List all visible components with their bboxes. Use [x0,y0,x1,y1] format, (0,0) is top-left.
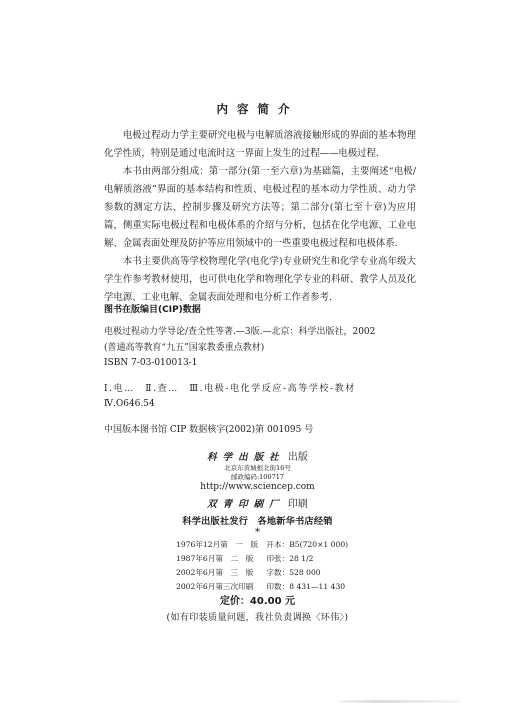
printer-name: 双青印刷厂 [207,499,285,510]
print-label: 印刷 [288,499,308,510]
printer-line: 双青印刷厂 印刷 [0,495,515,510]
cip-heading: 图书在版编目(CIP)数据 [104,302,434,315]
publisher-postcode: 邮政编码:100717 [0,472,515,481]
price: 定价：40.00 元 [0,592,515,607]
cip-record-number: 中国版本图书馆 CIP 数据核字(2002)第 001095 号 [104,423,434,439]
publisher-url: http://www.sciencep.com [0,482,515,492]
edition-row: 1976年12月第 一 版 开本：B5(720×1 000) [176,538,348,552]
summary-section: 电极过程动力学主要研究电极与电解质溶液接触形成的界面的基本物理化学性质，特别是通… [104,127,416,307]
cip-data-block: 图书在版编目(CIP)数据 电极过程动力学导论/查全性等著.—3版.—北京：科学… [104,302,434,438]
publisher-address: 北京东黄城根北街16号 [0,463,515,472]
cip-series-line: (普通高等教育“九五”国家教委重点教材) [104,341,434,357]
separator-dot: * [0,527,515,538]
cip-bibliographic-line: 电极过程动力学导论/查全性等著.—3版.—北京：科学出版社，2002 [104,325,434,341]
page-title: 内容简介 [0,101,515,117]
distribution-line: 科学出版社发行 各地新华书店经销 [0,513,515,527]
cip-isbn: ISBN 7-03-010013-1 [104,356,434,372]
publish-label: 出版 [288,452,308,463]
edition-spec: 开本：B5(720×1 000) [266,538,348,552]
edition-date: 1976年12月第 一 版 [176,538,264,552]
summary-paragraph: 电极过程动力学主要研究电极与电解质溶液接触形成的界面的基本物理化学性质，特别是通… [104,127,416,163]
publisher-line: 科学出版社 出版 北京东黄城根北街16号 邮政编码:100717 [0,448,515,481]
cip-classification: Ⅰ.电… Ⅱ.查… Ⅲ.电极-电化学反应-高等学校-教材 [104,382,434,398]
edition-date: 1987年6月第 二 版 [176,552,264,566]
edition-row: 2002年6月第 三 版 字数：528 000 [176,566,348,580]
edition-row: 1987年6月第 二 版 印张：28 1/2 [176,552,348,566]
edition-table: 1976年12月第 一 版 开本：B5(720×1 000) 1987年6月第 … [176,538,348,594]
edition-spec: 印张：28 1/2 [266,552,313,566]
publisher-name: 科学出版社 [207,452,285,463]
summary-paragraph: 本书主要供高等学校物理化学(电化学)专业研究生和化学专业高年级大学生作参考教材使… [104,253,416,307]
summary-paragraph: 本书由两部分组成：第一部分(第一至六章)为基础篇，主要阐述“电极/电解质溶液”界… [104,163,416,253]
quality-note: (如有印装质量问题，我社负责调换〈环伟〉) [0,610,515,623]
edition-spec: 字数：528 000 [266,566,320,580]
edition-date: 2002年6月第 三 版 [176,566,264,580]
copyright-page: 内容简介 电极过程动力学主要研究电极与电解质溶液接触形成的界面的基本物理化学性质… [0,0,515,703]
cip-clc-number: Ⅳ.O646.54 [104,397,434,413]
